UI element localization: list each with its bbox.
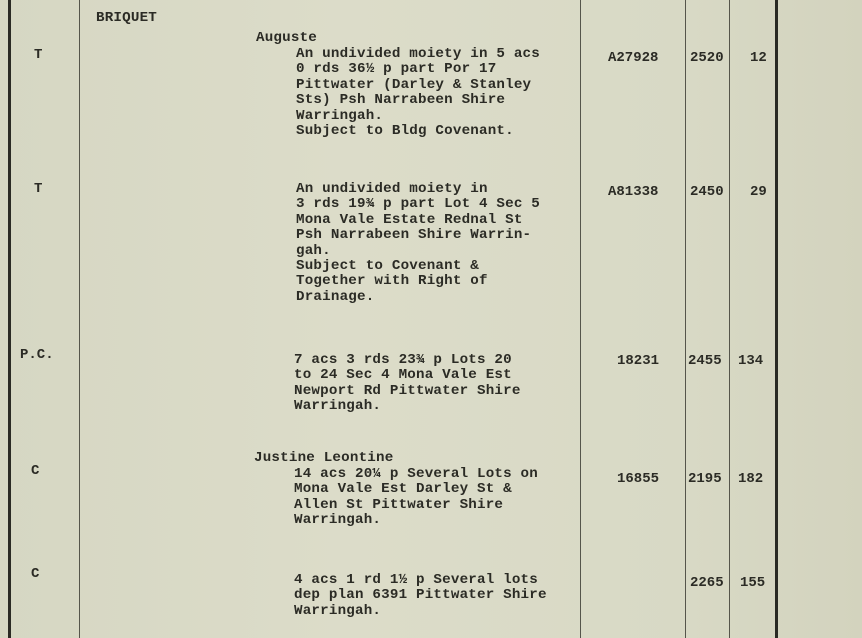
- column-rule-volume: [729, 0, 730, 638]
- surname-heading: BRIQUET: [96, 11, 157, 26]
- entry-code: T: [34, 181, 42, 197]
- entry-description: 4 acs 1 rd 1½ p Several lots dep plan 63…: [294, 573, 547, 619]
- entry-description: 14 acs 20¼ p Several Lots on Mona Vale E…: [294, 467, 538, 529]
- entry-description: An undivided moiety in 5 acs 0 rds 36½ p…: [296, 47, 540, 139]
- register-page: BRIQUET T Auguste An undivided moiety in…: [0, 0, 862, 638]
- entry-description: An undivided moiety in 3 rds 19¾ p part …: [296, 182, 540, 305]
- column-rule-left: [8, 0, 11, 638]
- entry-volume: 2195: [688, 471, 722, 487]
- entry-reference: A81338: [608, 184, 658, 200]
- entry-code: C: [31, 566, 39, 582]
- column-rule-code: [79, 0, 80, 638]
- entry-description: 7 acs 3 rds 23¾ p Lots 20 to 24 Sec 4 Mo…: [294, 353, 521, 415]
- column-rule-right: [775, 0, 778, 638]
- entry-code: P.C.: [20, 347, 54, 363]
- entry-volume: 2520: [690, 50, 724, 66]
- entry-code: C: [31, 463, 39, 479]
- entry-volume: 2455: [688, 353, 722, 369]
- given-name: Auguste: [256, 31, 317, 46]
- given-name: Justine Leontine: [254, 451, 393, 466]
- entry-folio: 134: [738, 353, 763, 369]
- column-rule-description: [580, 0, 581, 638]
- column-rule-reference: [685, 0, 686, 638]
- entry-folio: 12: [750, 50, 767, 66]
- entry-folio: 182: [738, 471, 763, 487]
- entry-folio: 155: [740, 575, 765, 591]
- entry-volume: 2265: [690, 575, 724, 591]
- entry-reference: 18231: [617, 353, 659, 369]
- entry-volume: 2450: [690, 184, 724, 200]
- entry-code: T: [34, 47, 42, 63]
- entry-reference: A27928: [608, 50, 658, 66]
- entry-folio: 29: [750, 184, 767, 200]
- entry-reference: 16855: [617, 471, 659, 487]
